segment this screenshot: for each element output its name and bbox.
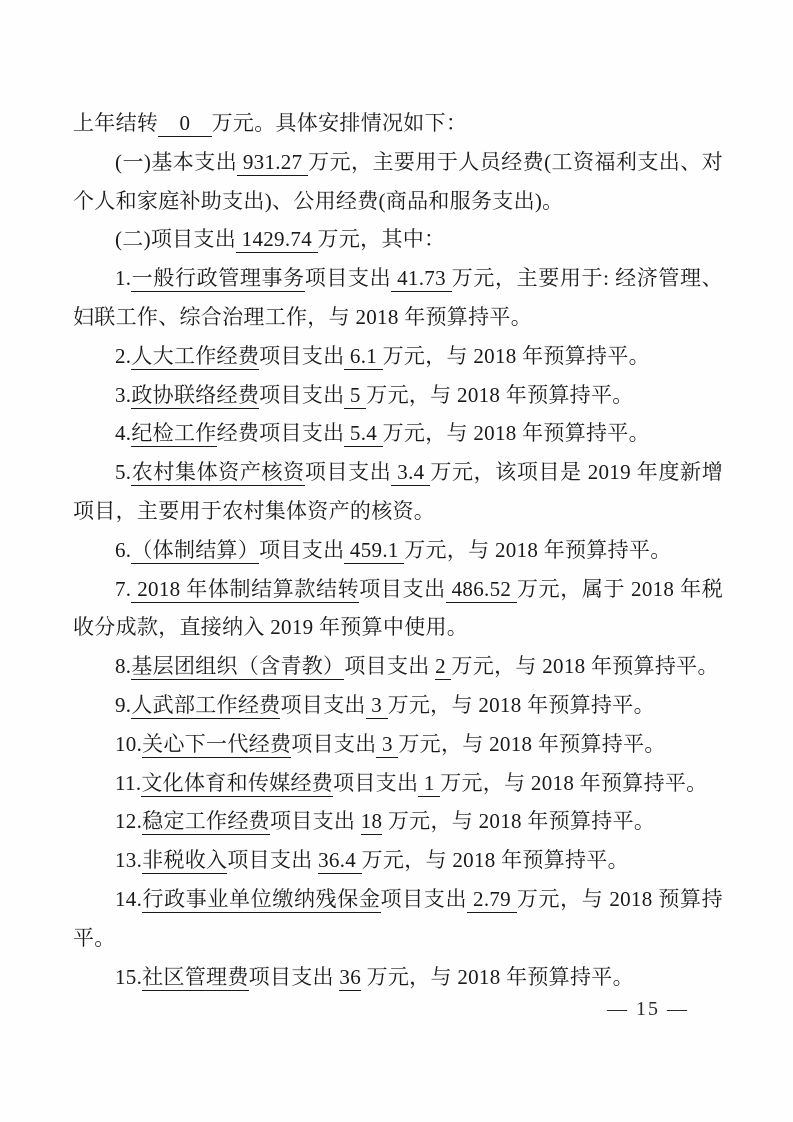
paragraph: 14.行政事业单位缴纳残保金项目支出 2.79 万元，与 2018 预算持平。 [73, 880, 723, 958]
underlined-text: 6.1 [344, 344, 382, 370]
text-segment: 14. [115, 887, 142, 911]
text-segment: 万元，其中： [318, 227, 446, 251]
underlined-text: 3 [366, 693, 388, 719]
text-segment: 项目支出 [249, 965, 340, 989]
text-segment: 项目支出 [344, 654, 435, 678]
paragraph: 1.一般行政管理事务项目支出 41.73 万元，主要用于: 经济管理、妇联工作、… [73, 259, 723, 337]
paragraph: 11.文化体育和传媒经费项目支出 1 万元，与 2018 年预算持平。 [73, 764, 723, 803]
paragraph: 2.人大工作经费项目支出 6.1 万元，与 2018 年预算持平。 [73, 337, 723, 376]
page-number: — 15 — [607, 998, 689, 1021]
text-segment: 万元，与 2018 年预算持平。 [362, 848, 629, 872]
text-segment: 1. [115, 266, 131, 290]
underlined-text: 人大工作经费 [131, 344, 259, 370]
underlined-text: 5 [344, 383, 366, 409]
text-segment: 3. [115, 383, 131, 407]
paragraph: 上年结转 0 万元。具体安排情况如下： [73, 104, 723, 143]
underlined-text: 41.73 [391, 266, 452, 292]
text-segment: 项目支出 [305, 266, 392, 290]
text-segment: 项目支出 [305, 460, 392, 484]
underlined-text: 0 [158, 111, 211, 137]
paragraph: (一)基本支出 931.27 万元，主要用于人员经费(工资福利支出、对个人和家庭… [73, 143, 723, 221]
text-segment: 项目支出 [259, 383, 344, 407]
underlined-text: 1429.74 [236, 227, 317, 253]
text-segment: 万元，与 2018 年预算持平。 [366, 383, 633, 407]
text-segment: 万元，与 2018 年预算持平。 [398, 732, 665, 756]
underlined-text: 非税收入 [142, 848, 227, 874]
underlined-text: 行政事业单位缴纳残保金 [142, 887, 380, 913]
text-segment: (一)基本支出 [115, 150, 237, 174]
text-segment: 7. [115, 577, 131, 601]
paragraph: 4.纪检工作经费项目支出 5.4 万元，与 2018 年预算持平。 [73, 414, 723, 453]
text-segment: 万元，与 2018 年预算持平。 [404, 538, 671, 562]
underlined-text: 486.52 [446, 577, 517, 603]
text-segment: 11. [115, 771, 141, 795]
text-segment: 万元，与 2018 年预算持平。 [361, 965, 634, 989]
underlined-text: 2.79 [467, 887, 517, 913]
paragraph: 12.稳定工作经费项目支出 18 万元，与 2018 年预算持平。 [73, 802, 723, 841]
underlined-text: 一般行政管理事务 [131, 266, 304, 292]
text-segment: 2. [115, 344, 131, 368]
underlined-text: 5.4 [344, 421, 382, 447]
text-segment: 上年结转 [73, 111, 158, 135]
paragraph: 7. 2018 年体制结算款结转项目支出 486.52 万元，属于 2018 年… [73, 570, 723, 648]
paragraph: 9.人武部工作经费项目支出 3 万元，与 2018 年预算持平。 [73, 686, 723, 725]
text-segment: 经费项目支出 [217, 421, 345, 445]
document-body: 上年结转 0 万元。具体安排情况如下：(一)基本支出 931.27 万元，主要用… [73, 104, 723, 996]
text-segment: 项目支出 [280, 693, 365, 717]
paragraph: 8.基层团组织（含青教）项目支出 2 万元，与 2018 年预算持平。 [73, 647, 723, 686]
text-segment: 项目支出 [333, 771, 418, 795]
text-segment: (二)项目支出 [115, 227, 236, 251]
underlined-text: 459.1 [344, 538, 404, 564]
paragraph: 5.农村集体资产核资项目支出 3.4 万元，该项目是 2019 年度新增项目，主… [73, 453, 723, 531]
paragraph: 3.政协联络经费项目支出 5 万元，与 2018 年预算持平。 [73, 376, 723, 415]
text-segment: 8. [115, 654, 131, 678]
underlined-text: 36 [339, 965, 361, 991]
underlined-text: 关心下一代经费 [142, 732, 291, 758]
paragraph: 6.（体制结算）项目支出 459.1 万元，与 2018 年预算持平。 [73, 531, 723, 570]
paragraph: 13.非税收入项目支出 36.4 万元，与 2018 年预算持平。 [73, 841, 723, 880]
underlined-text: 2018 年体制结算款结转 [131, 577, 359, 603]
text-segment: 9. [115, 693, 131, 717]
text-segment: 万元，与 2018 年预算持平。 [440, 771, 707, 795]
underlined-text: 人武部工作经费 [131, 693, 280, 719]
underlined-text: 稳定工作经费 [142, 809, 270, 835]
text-segment: 项目支出 [270, 809, 361, 833]
underlined-text: 农村集体资产核资 [131, 460, 304, 486]
text-segment: 万元，与 2018 年预算持平。 [383, 421, 650, 445]
text-segment: 15. [115, 965, 142, 989]
underlined-text: 文化体育和传媒经费 [141, 771, 333, 797]
underlined-text: 36.4 [318, 848, 362, 874]
paragraph: 15.社区管理费项目支出 36 万元，与 2018 年预算持平。 [73, 958, 723, 997]
underlined-text: 社区管理费 [142, 965, 249, 991]
underlined-text: 3 [376, 732, 398, 758]
text-segment: 万元，与 2018 年预算持平。 [388, 693, 655, 717]
document-page: 上年结转 0 万元。具体安排情况如下：(一)基本支出 931.27 万元，主要用… [0, 0, 793, 1122]
text-segment: 万元，与 2018 年预算持平。 [451, 654, 718, 678]
paragraph: (二)项目支出 1429.74 万元，其中： [73, 220, 723, 259]
text-segment: 项目支出 [259, 344, 344, 368]
text-segment: 6. [115, 538, 131, 562]
text-segment: 5. [115, 460, 131, 484]
underlined-text: 政协联络经费 [131, 383, 259, 409]
underlined-text: 931.27 [237, 150, 308, 176]
text-segment: 项目支出 [291, 732, 376, 756]
text-segment: 项目支出 [381, 887, 468, 911]
text-segment: 万元，与 2018 年预算持平。 [382, 809, 655, 833]
underlined-text: 纪检工作 [131, 421, 216, 447]
text-segment: 项目支出 [359, 577, 445, 601]
underlined-text: 18 [361, 809, 383, 835]
text-segment: 4. [115, 421, 131, 445]
underlined-text: 1 [418, 771, 440, 797]
underlined-text: 3.4 [391, 460, 430, 486]
text-segment: 12. [115, 809, 142, 833]
text-segment: 项目支出 [227, 848, 318, 872]
underlined-text: 基层团组织（含青教） [131, 654, 344, 680]
underlined-text: （体制结算） [131, 538, 259, 564]
text-segment: 万元。具体安排情况如下： [212, 111, 468, 135]
paragraph: 10.关心下一代经费项目支出 3 万元，与 2018 年预算持平。 [73, 725, 723, 764]
text-segment: 项目支出 [259, 538, 344, 562]
text-segment: 万元，与 2018 年预算持平。 [383, 344, 650, 368]
underlined-text: 2 [435, 654, 451, 680]
text-segment: 10. [115, 732, 142, 756]
text-segment: 13. [115, 848, 142, 872]
